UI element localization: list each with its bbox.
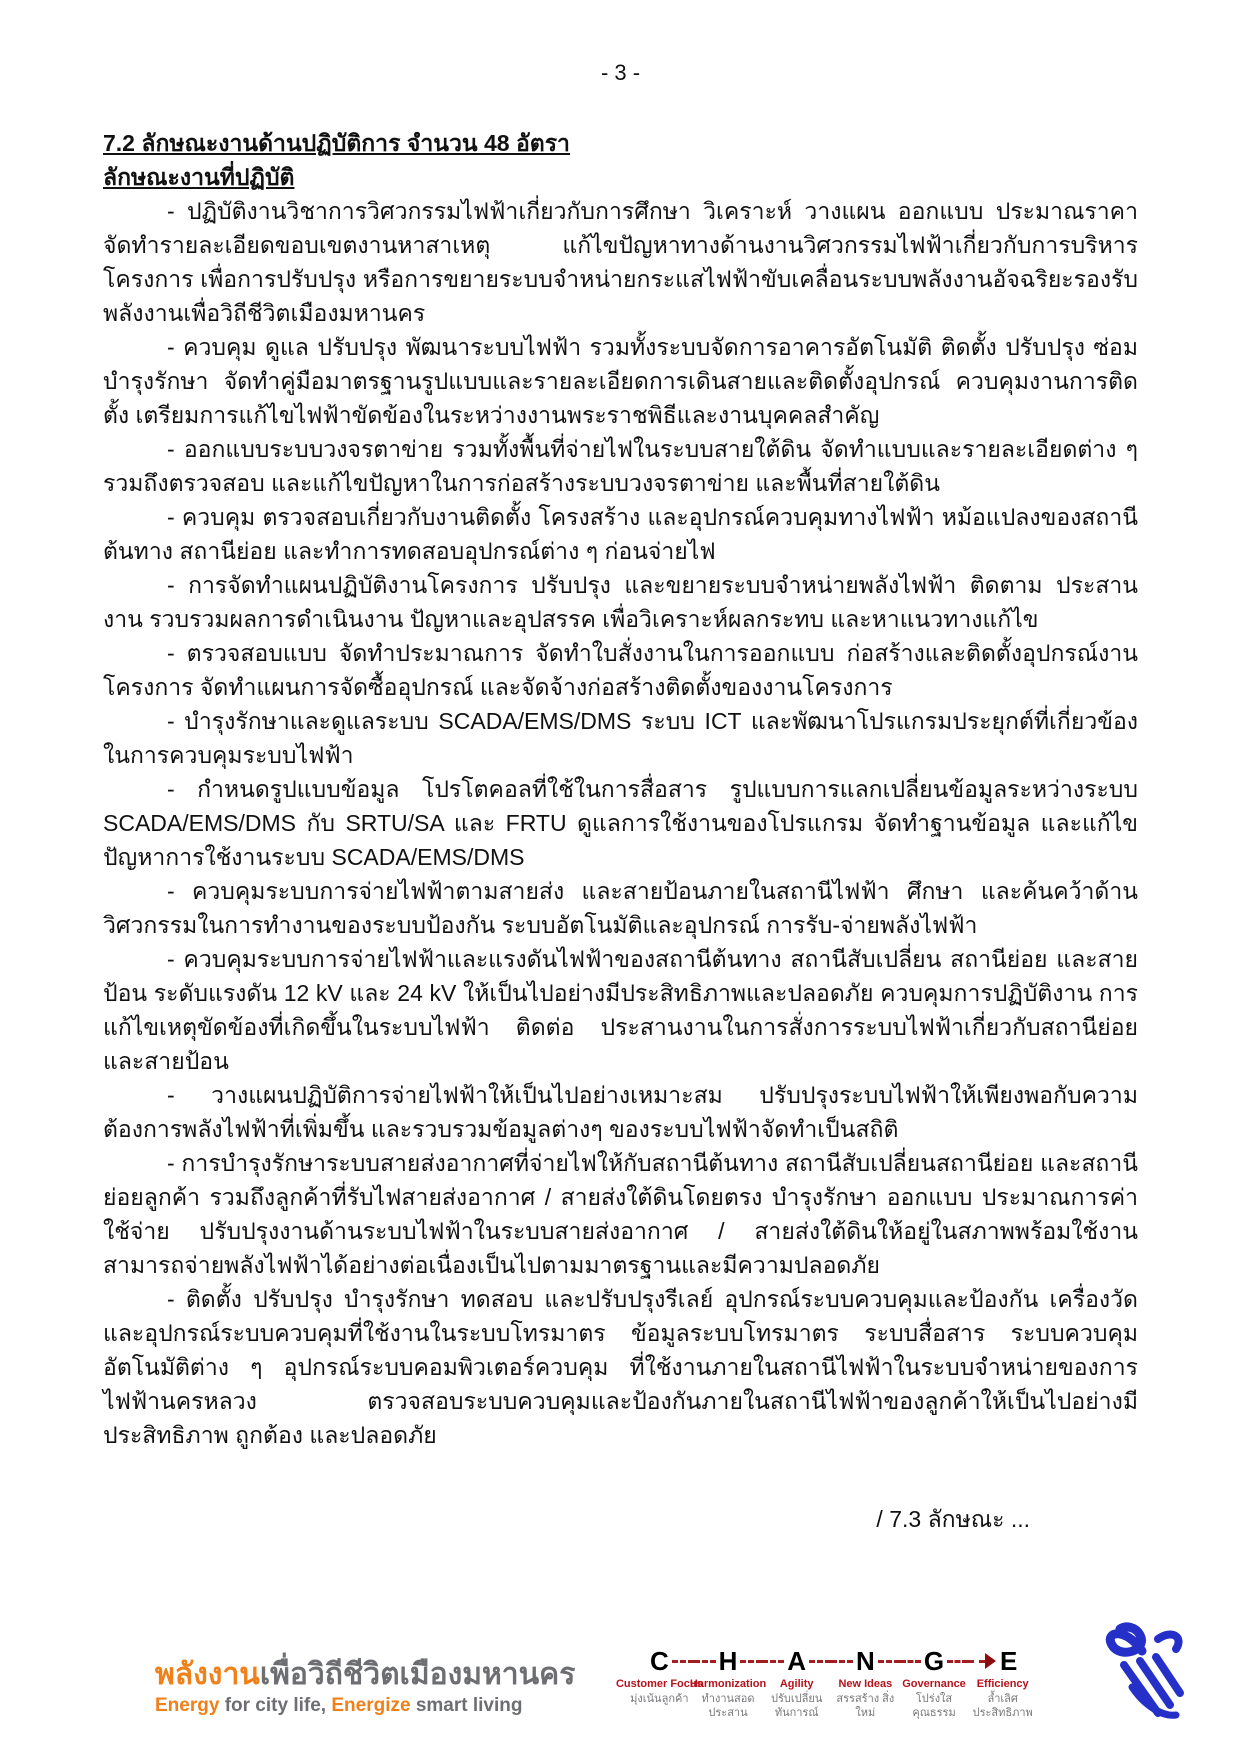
- page-number: - 3 -: [0, 0, 1241, 86]
- section-heading: 7.2 ลักษณะงานด้านปฏิบัติการ จำนวน 48 อัต…: [103, 126, 1138, 160]
- tagline-thai-accent: พลังงาน: [155, 1658, 260, 1691]
- job-duty-item: - ติดตั้ง ปรับปรุง บำรุงรักษา ทดสอบ และป…: [103, 1282, 1138, 1452]
- change-label-th: ปรับเปลี่ยน ทันการณ์: [762, 1692, 831, 1720]
- document-body: 7.2 ลักษณะงานด้านปฏิบัติการ จำนวน 48 อัต…: [103, 126, 1138, 1534]
- job-duty-item: - การบำรุงรักษาระบบสายส่งอากาศที่จ่ายไฟใ…: [103, 1146, 1138, 1282]
- dash-connector: [809, 1660, 831, 1663]
- tagline-en-accent2: Energize: [331, 1695, 410, 1716]
- tagline-en-mid: for city life,: [219, 1695, 331, 1716]
- job-duty-item: - ออกแบบระบบวงจรตาข่าย รวมทั้งพื้นที่จ่า…: [103, 432, 1138, 500]
- change-item-h: H Harmonization ทำงานสอดประสาน: [694, 1647, 763, 1720]
- change-item-c: C Customer Focus มุ่งเน้นลูกค้า: [625, 1647, 694, 1720]
- job-duty-item: - ปฏิบัติงานวิชาการวิศวกรรมไฟฟ้าเกี่ยวกั…: [103, 194, 1138, 330]
- tagline-en-accent1: Energy: [155, 1695, 219, 1716]
- change-letter: N: [853, 1647, 878, 1675]
- change-letter: A: [784, 1647, 809, 1675]
- change-acronym: C Customer Focus มุ่งเน้นลูกค้า H Harmon…: [625, 1647, 1037, 1720]
- dash-connector: [900, 1660, 921, 1663]
- job-duty-item: - การจัดทำแผนปฏิบัติงานโครงการ ปรับปรุง …: [103, 568, 1138, 636]
- job-duty-item: - กำหนดรูปแบบข้อมูล โปรโตคอลที่ใช้ในการส…: [103, 772, 1138, 874]
- change-label-en: Governance: [902, 1678, 966, 1690]
- tagline-en: Energy for city life, Energize smart liv…: [155, 1695, 522, 1717]
- dash-connector: [740, 1660, 762, 1663]
- job-duty-item: - ตรวจสอบแบบ จัดทำประมาณการ จัดทำใบสั่งง…: [103, 636, 1138, 704]
- change-letter: E: [997, 1647, 1020, 1675]
- tagline-thai: พลังงานเพื่อวิถีชีวิตเมืองมหานคร: [155, 1651, 575, 1698]
- change-label-th: โปร่งใสคุณธรรม: [900, 1692, 969, 1720]
- job-duty-item: - วางแผนปฏิบัติการจ่ายไฟฟ้าให้เป็นไปอย่า…: [103, 1078, 1138, 1146]
- change-item-n: N New Ideas สรรสร้าง สิ่งใหม่: [831, 1647, 900, 1720]
- subsection-heading: ลักษณะงานที่ปฏิบัติ: [103, 160, 1138, 194]
- change-label-en: Harmonization: [690, 1678, 766, 1690]
- change-letter: G: [921, 1647, 947, 1675]
- dash-connector: [762, 1660, 784, 1663]
- change-label-th: สรรสร้าง สิ่งใหม่: [831, 1692, 900, 1720]
- job-duty-item: - บำรุงรักษาและดูแลระบบ SCADA/EMS/DMS ระ…: [103, 704, 1138, 772]
- change-label-th: ทำงานสอดประสาน: [694, 1692, 763, 1720]
- change-item-e: E Efficiency ล้ำเลิศ ประสิทธิภาพ: [968, 1647, 1037, 1720]
- dash-connector: [878, 1660, 900, 1663]
- change-letter: C: [647, 1647, 672, 1675]
- dash-connector: [968, 1660, 985, 1663]
- job-duty-item: - ควบคุม ตรวจสอบเกี่ยวกับงานติดตั้ง โครง…: [103, 500, 1138, 568]
- change-label-en: Efficiency: [977, 1678, 1029, 1690]
- footer: พลังงานเพื่อวิถีชีวิตเมืองมหานคร Energy …: [0, 1625, 1241, 1755]
- dash-connector: [672, 1660, 694, 1663]
- change-label-th: มุ่งเน้นลูกค้า: [630, 1692, 688, 1706]
- arrow-icon: [985, 1653, 996, 1669]
- change-item-g: G Governance โปร่งใสคุณธรรม: [900, 1647, 969, 1720]
- change-item-a: A Agility ปรับเปลี่ยน ทันการณ์: [762, 1647, 831, 1720]
- dash-connector: [947, 1660, 968, 1663]
- tagline-thai-rest: เพื่อวิถีชีวิตเมืองมหานคร: [260, 1658, 576, 1691]
- job-duty-item: - ควบคุม ดูแล ปรับปรุง พัฒนาระบบไฟฟ้า รว…: [103, 330, 1138, 432]
- continuation-marker: / 7.3 ลักษณะ ...: [103, 1504, 1138, 1534]
- change-label-en: New Ideas: [838, 1678, 892, 1690]
- dash-connector: [694, 1660, 716, 1663]
- job-duty-item: - ควบคุมระบบการจ่ายไฟฟ้าและแรงดันไฟฟ้าขอ…: [103, 942, 1138, 1078]
- job-duty-item: - ควบคุมระบบการจ่ายไฟฟ้าตามสายส่ง และสาย…: [103, 874, 1138, 942]
- change-label-en: Agility: [780, 1678, 814, 1690]
- change-letter: H: [716, 1647, 741, 1675]
- change-label-th: ล้ำเลิศ ประสิทธิภาพ: [968, 1692, 1037, 1720]
- mea-logo-icon: [1096, 1621, 1188, 1725]
- dash-connector: [831, 1660, 853, 1663]
- tagline-en-rest: smart living: [411, 1695, 523, 1716]
